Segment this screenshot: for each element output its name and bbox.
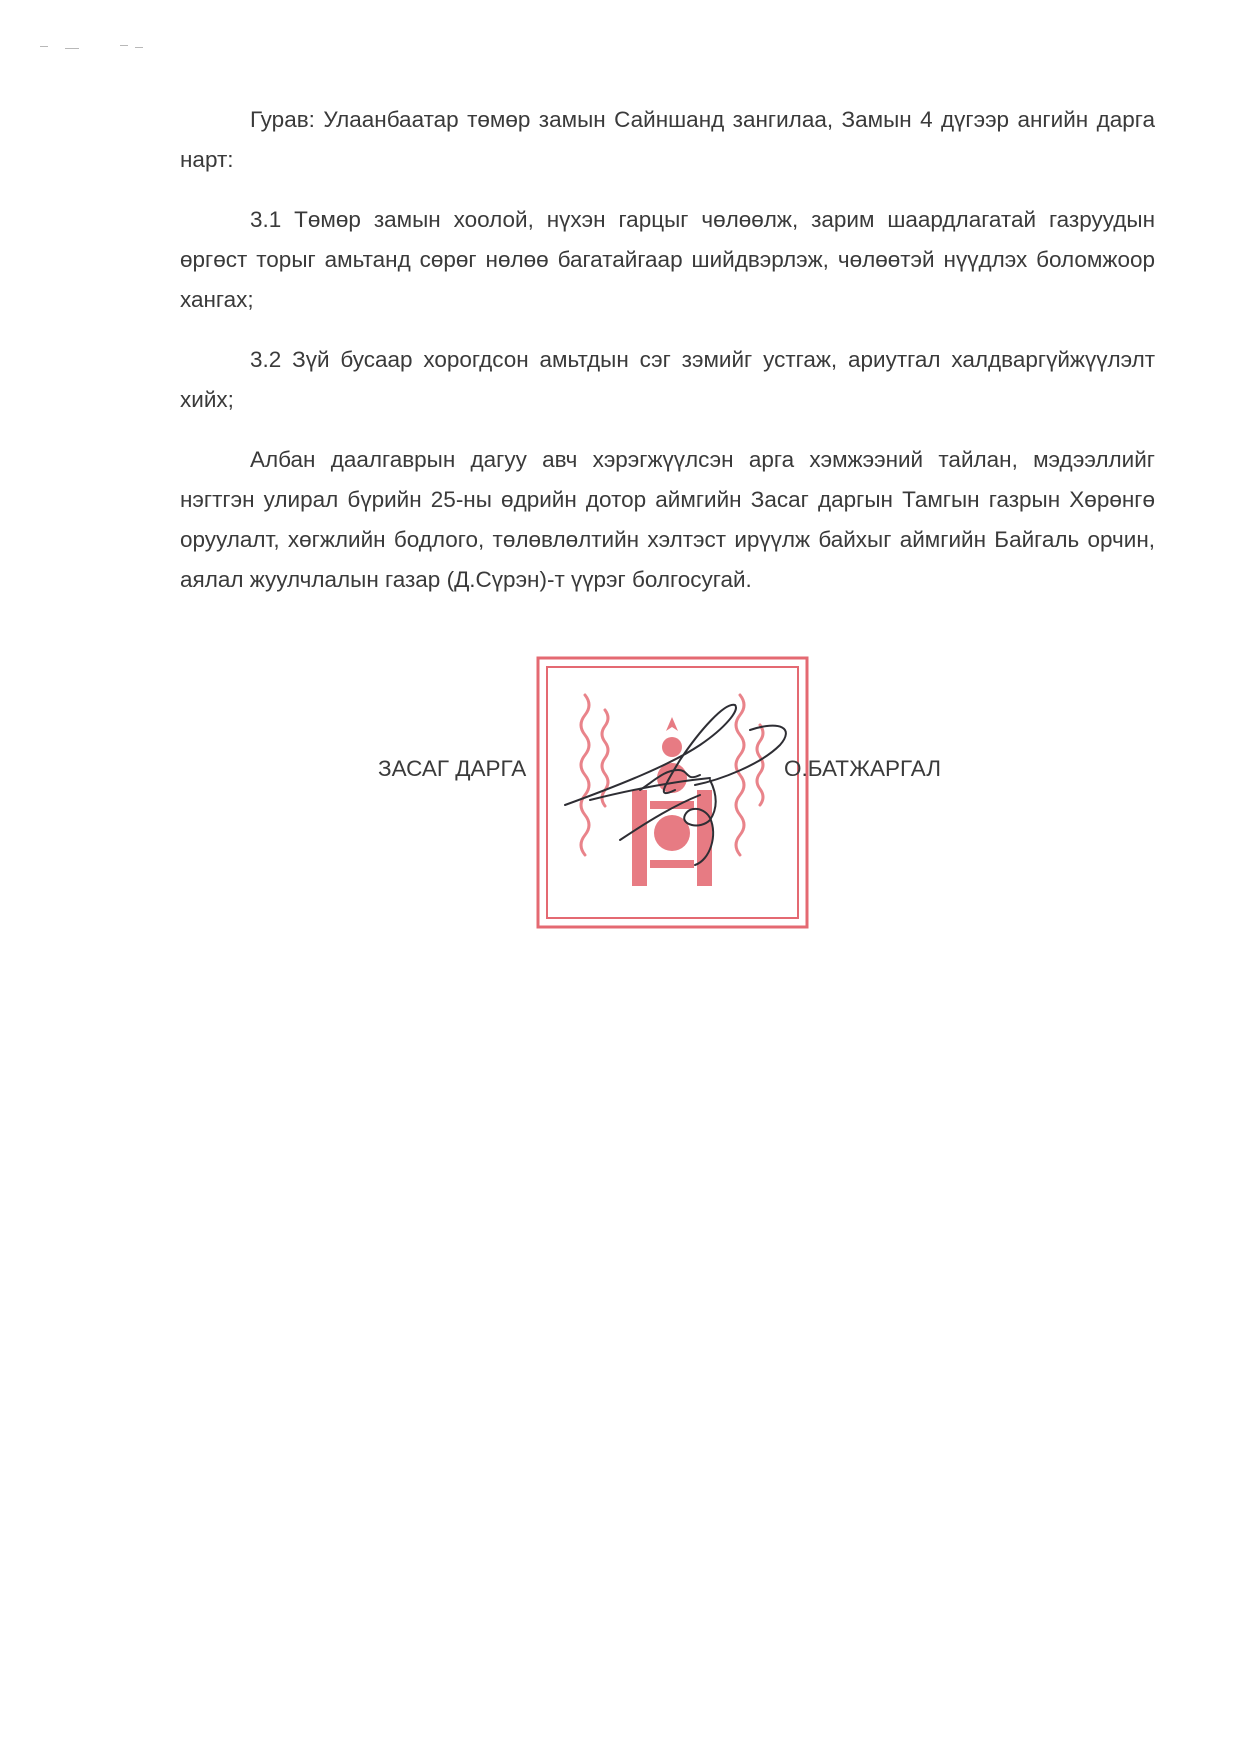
document-body: Гурав: Улаанбаатар төмөр замын Сайншанд … <box>180 100 1155 620</box>
scan-artifacts <box>40 40 160 60</box>
signatory-title: ЗАСАГ ДАРГА <box>378 756 526 782</box>
paragraph-item-3-1: 3.1 Төмөр замын хоолой, нүхэн гарцыг чөл… <box>180 200 1155 320</box>
signatory-name: О.БАТЖАРГАЛ <box>784 756 941 782</box>
paragraph-reporting-instruction: Албан даалгаврын дагуу авч хэрэгжүүлсэн … <box>180 440 1155 600</box>
paragraph-item-3-2: 3.2 Зүй бусаар хорогдсон амьтдын сэг зэм… <box>180 340 1155 420</box>
official-seal-icon <box>535 655 810 930</box>
handwritten-signature-icon <box>560 690 810 880</box>
paragraph-addressee: Гурав: Улаанбаатар төмөр замын Сайншанд … <box>180 100 1155 180</box>
